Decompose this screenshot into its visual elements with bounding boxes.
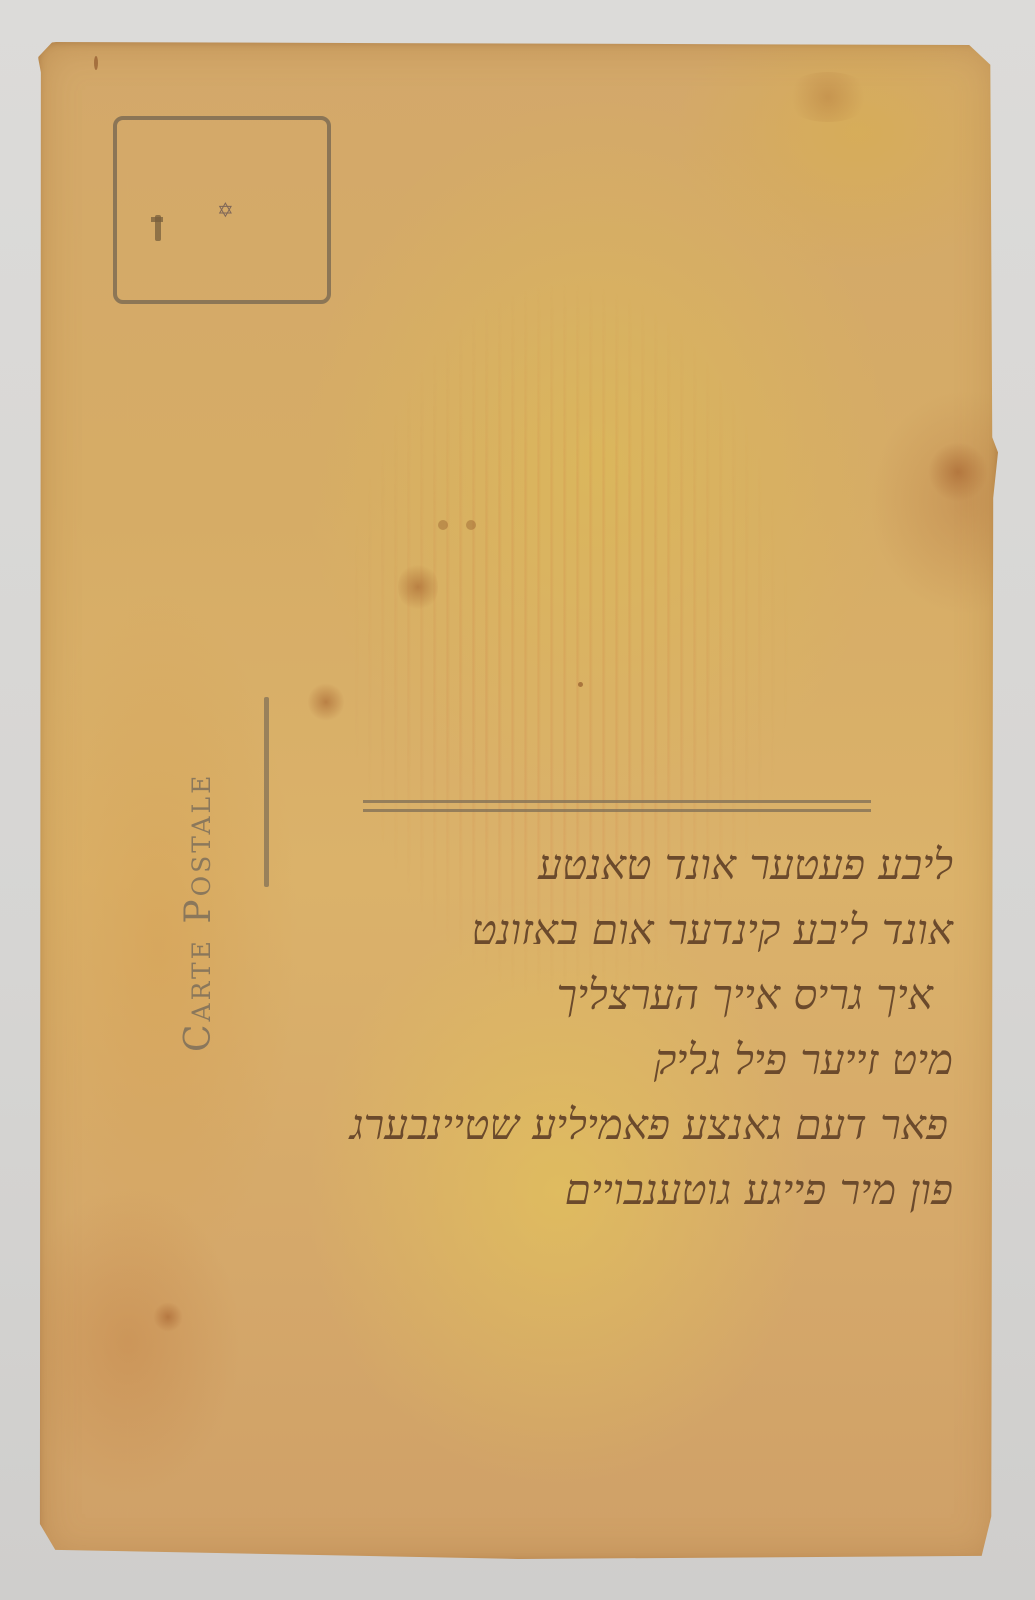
foxing-stain	[783, 72, 873, 122]
ink-spot	[466, 520, 476, 530]
ink-spot	[438, 520, 448, 530]
postcard: ✡ Carte Postale ליבע פעטער אונד טאנטע או…	[38, 42, 998, 1562]
message-line: מיט זייער פיל גליק	[178, 1027, 953, 1092]
message-line: איך גריס אייך הערצליך	[178, 962, 953, 1027]
star-of-david-icon: ✡	[217, 198, 234, 222]
message-line: אונד ליבע קינדער אום באזונט	[178, 897, 953, 962]
foxing-stain	[928, 442, 988, 502]
foxing-stain	[398, 562, 438, 612]
stamp-box: ✡	[113, 116, 331, 304]
foxing-stain	[153, 1302, 183, 1332]
address-line	[363, 800, 871, 803]
address-line-double	[363, 809, 871, 812]
stamp-mark-glyph	[155, 215, 161, 241]
ink-spot	[94, 56, 98, 70]
foxing-stain	[308, 682, 344, 722]
message-line: פון מיר פייגע גוטענבויים	[178, 1157, 953, 1222]
handwritten-message: ליבע פעטער אונד טאנטע אונד ליבע קינדער א…	[178, 832, 953, 1222]
message-line: ליבע פעטער אונד טאנטע	[178, 832, 953, 897]
ink-spot	[578, 682, 583, 687]
message-line: פאר דעם גאנצע פאמיליע שטיינבערג	[178, 1092, 953, 1157]
